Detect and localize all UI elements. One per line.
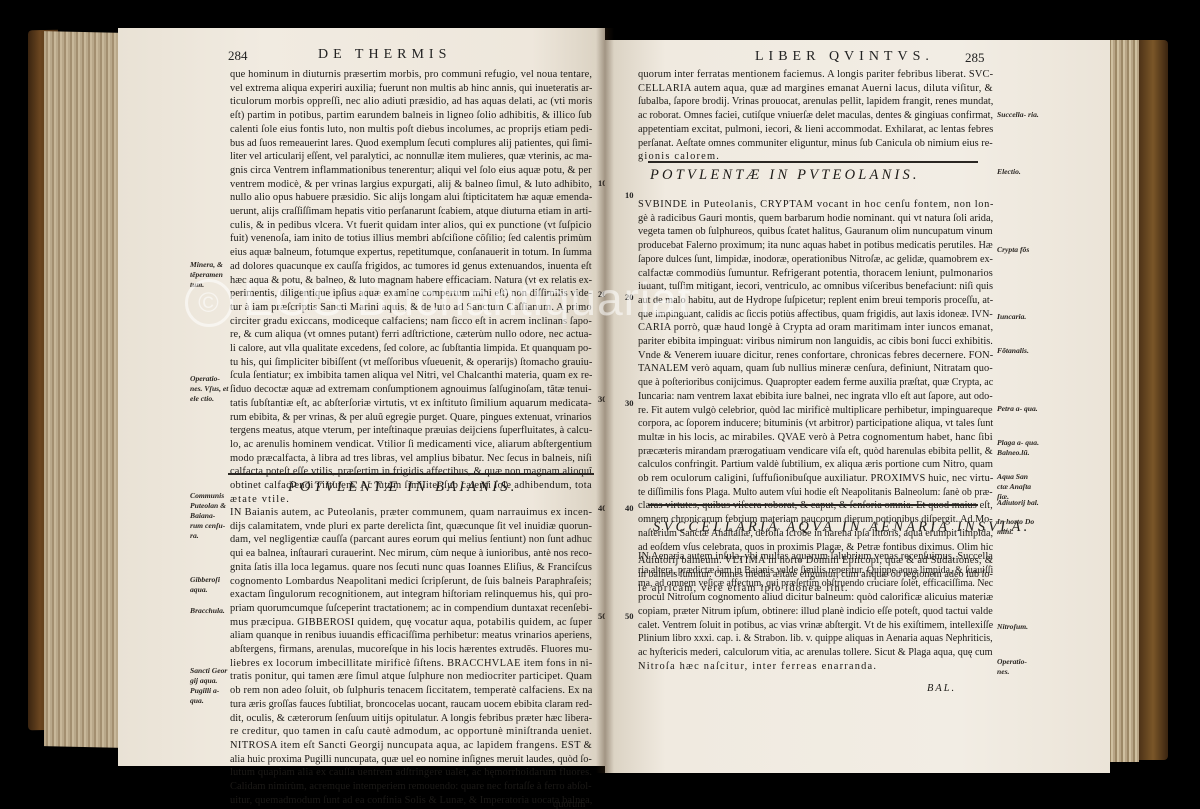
text-line: eſt) partim in potibus, partim earundem … — [230, 109, 592, 123]
section-rule — [228, 473, 594, 475]
text-line: tatis ſubſtantiæ eſt, ac abſterſoriæ vir… — [230, 397, 592, 411]
text-line: li calore, aut vlla qualitate excedens, … — [230, 342, 591, 356]
text-line: tura æris groſſas fauces ſubtiliat, bron… — [230, 698, 591, 712]
text-line: ac roborat. Omnes faciei, cutiſque vniue… — [638, 109, 983, 123]
right-page: LIBER QVINTVS. 285 quorum inter ferratas… — [605, 40, 1110, 773]
margin-note: Operatio- nes. — [997, 657, 1039, 677]
left-page: 284 DE THERMIS que hominum in diuturnis … — [118, 28, 605, 766]
text-line: qui ea balnea, inſtaurari curauerint. Ne… — [230, 547, 592, 561]
margin-note: Succella- ria. — [997, 110, 1039, 120]
margin-note: Crypta fõs — [997, 245, 1039, 255]
section-heading: POTVLENTÆ IN BAIANIS. — [288, 479, 518, 496]
text-line: calenti ſole eius fontis luto, non multi… — [230, 123, 592, 137]
text-line: gnita ſatis illa loca legamus. quare nos… — [230, 561, 592, 575]
text-line: ob rem oculorum caligini, ſuffuſionibuſq… — [638, 472, 993, 486]
text-line: IN Baianis autem, ac Puteolanis, præter … — [230, 506, 592, 520]
text-line: fuit) venenoſa, iam inito de totius illi… — [230, 232, 592, 246]
text-line: priam quorumcumque ſuſceperint tractatio… — [230, 602, 592, 616]
section-rule — [648, 504, 978, 506]
text-line: NITROSA item eſt Sancti Georgij nuncupat… — [230, 739, 592, 753]
book-gutter — [596, 28, 614, 773]
text-line: CELLARIA autem aqua, quæ ad margines ema… — [638, 82, 993, 96]
text-line: tratis ponitur, qui tamen ære ſimul atqu… — [230, 670, 592, 684]
text-line: gè à radicibus Gauri montis, quem barbar… — [638, 212, 993, 226]
text-line: dit, oculis, & cæterorum ſenſuum uitijs … — [230, 712, 592, 726]
line-number: 50 — [625, 611, 634, 621]
text-line: IN Aenaria autem inſula, vbi multas aqua… — [638, 550, 993, 564]
margin-note: Sancti Geor gij aqua. Pugilli a- qua. — [190, 666, 230, 706]
line-number: 40 — [625, 503, 634, 513]
line-number: 10 — [625, 190, 634, 200]
running-head: LIBER QVINTVS. — [755, 49, 934, 65]
text-line: lutum quapiam alia ex cauſſa uentrem adſ… — [230, 766, 592, 780]
body-text-top: quorum inter ferratas mentionem faciemus… — [638, 68, 993, 164]
page-number: 285 — [965, 50, 985, 66]
text-line: ac hyſtericis mederi, calculorum vitia, … — [638, 646, 986, 660]
book-cover-right — [1138, 40, 1168, 760]
text-line: calet. Ventrem ſoluit in potibus, ac via… — [638, 619, 986, 633]
catchword: quorum — [553, 799, 585, 809]
margin-note: Petra a- qua. — [997, 404, 1039, 414]
text-line: alia huic proxima Pugilli nuncupata, quæ… — [230, 753, 587, 767]
margin-note: Nitroſum. — [997, 622, 1039, 632]
body-text-bottom: IN Aenaria autem inſula, vbi multas aqua… — [638, 550, 993, 673]
section-heading-1: POTVLENTÆ IN PVTEOLANIS. — [650, 167, 920, 184]
text-line: te diſſimilis fons Plaga. Multo autem vſ… — [638, 486, 978, 500]
margin-note: Gibberoſi aqua. — [190, 575, 230, 595]
margin-note: Operatio- nes. Vſus, et ele ctio. — [190, 374, 230, 404]
text-line: bus ad ſuos remeauerint lares. Quod exem… — [230, 137, 590, 151]
text-line: mus præcipua. GIBBEROSI quidem, quę voca… — [230, 616, 592, 630]
text-line: eius aquæ balneum, fotumque expertus, re… — [230, 246, 592, 260]
text-line: abſtergens, firmans, arenulas, mucoreſqu… — [230, 643, 592, 657]
text-line: Calidam nimirùm, acremque intemperiem re… — [230, 780, 592, 794]
text-line: ſapore dulces ſunt, limpidæ, inodoræ, op… — [638, 253, 984, 267]
watermark-text: EOS Buchantiquariat — [243, 273, 692, 325]
text-line: dijs calamitatem, vnde pluri ex parte de… — [230, 520, 592, 534]
text-line: appetentiam excitat, pulmoni, iecori, & … — [638, 123, 993, 137]
text-line: liter vel articularij eſſent, vel paraly… — [230, 150, 589, 164]
text-line: calculos confringit. Partium valdè ſubti… — [638, 458, 993, 472]
text-line: re. Fit autem vulgò celebrior, quòd lac … — [638, 404, 988, 418]
text-line: ſcula ſentiatur; ex imbibita tamen aliqu… — [230, 369, 592, 383]
text-line: Vnde & Venerem iuuare dicitur, renes con… — [638, 349, 993, 363]
section-heading-2: SVCCELLARIA AQVA IN AENARIA INSVLA. — [653, 519, 1030, 536]
text-line: Nitroſa hæc naſcitur, inter ferreas enar… — [638, 660, 993, 674]
text-line: multæ in his locis, ac mirabiles. QVAE v… — [638, 431, 993, 445]
running-head: DE THERMIS — [318, 47, 451, 63]
margin-note: Electio. — [997, 167, 1039, 177]
text-line: ma, ad omnem veſicæ affectum, qui præſer… — [638, 577, 973, 591]
text-line: vegeta tamen ob ſulphureos, quibus ſcate… — [638, 225, 991, 239]
text-line: ſiduo decoctæ aquæ ad extremam conſumpti… — [230, 383, 592, 397]
open-book: 284 DE THERMIS que hominum in diuturnis … — [0, 0, 1200, 809]
text-line: aliam quanque in renibus iuuandis effica… — [230, 629, 592, 643]
text-line: cognomento Lombardus Neapolitani medici … — [230, 575, 592, 589]
text-line: liebres ex locorum imbecillitate mirific… — [230, 657, 592, 671]
text-line: uerunt, alijs craſſiſſimam hepatis vitio… — [230, 205, 591, 219]
text-line: gnis circa Ventrem inflammationibus tene… — [230, 164, 592, 178]
section-rule — [648, 161, 978, 163]
text-line: vel extrema aliqua experiri auxilia; fue… — [230, 82, 592, 96]
text-line: ob rem non adeo ſoluit, ob ſulphuris ten… — [230, 684, 592, 698]
margin-note: Plaga a- qua. Balneo.lũ. — [997, 438, 1039, 458]
text-line: exactam ſingulorum recognitionem, aut in… — [230, 588, 592, 602]
text-line: producebat Falerno proximum; ita nunc aq… — [638, 239, 987, 253]
page-edges-left — [44, 31, 122, 748]
text-line: que hominum in diuturnis præsertim morbi… — [230, 68, 592, 82]
text-line: re creditur, quo tamen in caſu cautè adm… — [230, 725, 592, 739]
text-line: procul Nitroſum cognomento aliud dicitur… — [638, 591, 993, 605]
catchword: BAL. — [927, 683, 956, 694]
watermark: ©EOS Buchantiquariat — [185, 272, 692, 327]
text-line: uitur, quemadmodum ſunt ad ea confinia S… — [230, 794, 592, 808]
text-line: Iuncaria: nam ventrem laxat ebibita iure… — [638, 390, 987, 404]
page-number: 284 — [228, 48, 248, 64]
text-line: modo præcalfacta, à libra ad tres libras… — [230, 452, 592, 466]
margin-note: Communis Puteolan & Baiana- rum cenſu- r… — [190, 491, 230, 541]
text-line: TANALEM verò aquam, quam ſub nullius min… — [638, 362, 993, 376]
text-line: ticulorum morbis oppreſſi, nec alio adiu… — [230, 95, 592, 109]
text-line: lo, ac arenulis hominem vendicat. Vtilio… — [230, 438, 592, 452]
text-line: copiam, præter Nitrum ipſum, obtinere: i… — [638, 605, 985, 619]
text-line: culis, & in pedibus vlcera. Vt fuerit qu… — [230, 219, 592, 233]
margin-note: Fõtanalis. — [997, 346, 1039, 356]
text-line: perſanat. Aeſtate omnes communiter eligu… — [638, 137, 990, 151]
line-number: 30 — [625, 398, 634, 408]
text-line: re, & cum aliqua (vt omnes putant) ferri… — [230, 328, 592, 342]
text-line: que à poſterioribus conijcimus. Quapropt… — [638, 376, 983, 390]
text-line: tergens meatus, atque vterum, per inteſt… — [230, 424, 592, 438]
text-line: nullo alio opus habuere præsidio. Sic al… — [230, 191, 592, 205]
text-line: præcæteris mirandam prærogatiuam vendica… — [638, 445, 987, 459]
text-line: ventrem modicè, & per vrinas largius exp… — [230, 178, 592, 192]
margin-note: In horto Do mini. — [997, 517, 1039, 537]
text-line: tu his, qui ſimpliciter bibiſſent (vt me… — [230, 356, 592, 370]
text-line: corpora, ac ſoporem inducere; bituminis … — [638, 417, 989, 431]
text-line: SVBINDE in Puteolanis, CRYPTAM vocant in… — [638, 198, 993, 212]
text-line: rum ebibita, & per vrinas, & per aluũ eg… — [230, 411, 589, 425]
text-line: ria altera, prædictæ iam in Baianis vald… — [638, 564, 977, 578]
text-line: claras virtutes, quibus viſcera roborat,… — [638, 499, 993, 513]
text-line: Plinium libro xxxi. cap. i. & Strabon. l… — [638, 632, 981, 646]
text-line: dam, vel negligentiæ cauſſa (parcant aur… — [230, 533, 592, 547]
margin-note: Adiutorij bal. — [997, 498, 1039, 508]
text-line: pariter ebibita impinguat: viribus nimir… — [638, 335, 992, 349]
text-line: ſubalba, ſapore brodij. Vrinas prouocat,… — [638, 95, 992, 109]
body-text-bottom: IN Baianis autem, ac Puteolanis, præter … — [230, 506, 592, 807]
page-edges-right — [1107, 40, 1139, 762]
copyright-icon: © — [185, 279, 233, 327]
margin-note: Bracchula. — [190, 606, 230, 616]
text-line: quorum inter ferratas mentionem faciemus… — [638, 68, 993, 82]
margin-note: Iuncaria. — [997, 312, 1039, 322]
